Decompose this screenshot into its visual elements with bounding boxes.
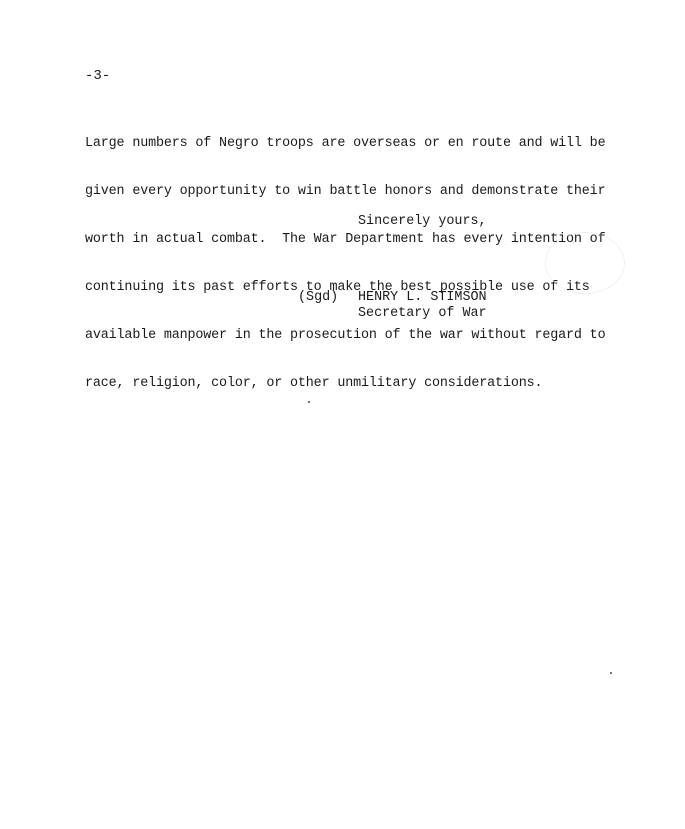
body-line: race, religion, color, or other unmilita… xyxy=(85,376,605,392)
closing: Sincerely yours, xyxy=(358,214,487,229)
faded-stamp-icon xyxy=(545,232,625,294)
signer-title: Secretary of War xyxy=(358,306,487,322)
signature-mark: (Sgd) xyxy=(298,290,338,306)
body-paragraph: Large numbers of Negro troops are overse… xyxy=(85,104,605,424)
body-line: given every opportunity to win battle ho… xyxy=(85,184,605,200)
body-line: worth in actual combat. The War Departme… xyxy=(85,232,605,248)
page-number: -3- xyxy=(85,68,110,84)
body-line: available manpower in the prosecution of… xyxy=(85,328,605,344)
body-line: Large numbers of Negro troops are overse… xyxy=(85,136,605,152)
paper-speck xyxy=(610,672,612,674)
paper-speck xyxy=(308,401,310,403)
body-line: continuing its past efforts to make the … xyxy=(85,280,605,296)
signer-name: HENRY L. STIMSON xyxy=(358,290,487,306)
